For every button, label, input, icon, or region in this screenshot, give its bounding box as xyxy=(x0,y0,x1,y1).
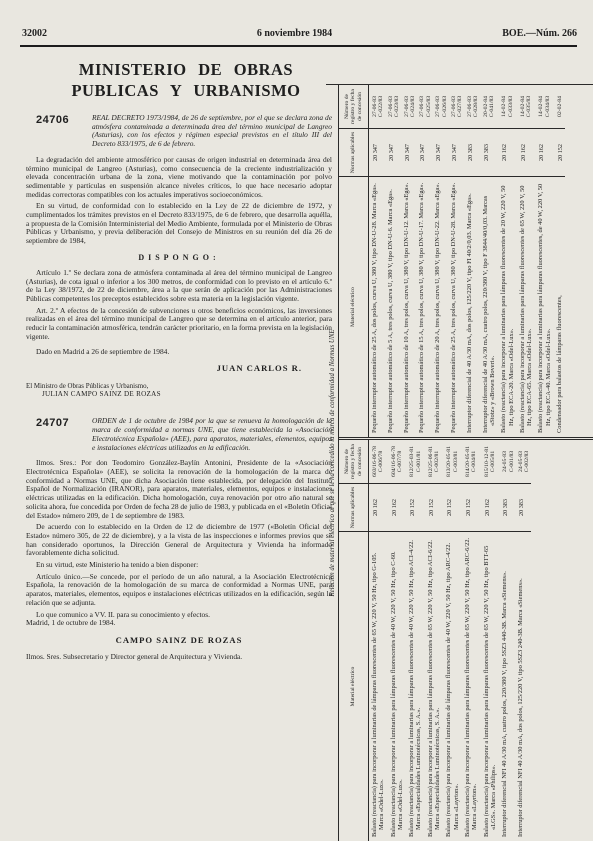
material-cell: Pequeño interruptor automático de 20 A, … xyxy=(432,177,448,437)
article-24707: 24707 ORDEN de 1 de octubre de 1984 por … xyxy=(26,417,332,661)
norma-cell: 20 347 xyxy=(416,129,432,177)
norma-cell: 20 162 xyxy=(388,484,407,532)
article-title: REAL DECRETO 1973/1984, de 26 de septiem… xyxy=(92,114,332,149)
table-row: Interruptor diferencial NFI 40 A/30 mA, … xyxy=(499,440,515,841)
table-caption: Relación de material eléctrico al que se… xyxy=(326,85,339,841)
material-cell: Pequeño interruptor automático de 5 A, t… xyxy=(385,177,401,437)
table-rows: Pequeño interruptor automático de 25 A, … xyxy=(369,85,565,437)
material-cell: Pequeño interruptor automático de 25 A, … xyxy=(369,177,385,437)
ministry-title: MINISTERIO DE OBRAS PUBLICAS Y URBANISMO xyxy=(38,59,334,101)
ministry-title-line2: PUBLICAS Y URBANISMO xyxy=(38,80,334,101)
table-row: Pequeño interruptor automático de 15 A, … xyxy=(416,85,432,437)
table-row: Balasto (reactancia) para incorporar a l… xyxy=(462,440,481,841)
norma-cell: 20 383 xyxy=(515,484,531,532)
addressee-line: Ilmos. Sres. Subsecretario y Director ge… xyxy=(26,653,332,662)
dispongo-heading: DISPONGO: xyxy=(26,253,332,262)
table-row: Interruptor diferencial de 40 A/30 mA, c… xyxy=(480,85,499,437)
paragraph: Ilmos. Sres.: Por don Teodomiro González… xyxy=(26,459,332,520)
material-cell: Condensador para balastos de lámparas fl… xyxy=(554,177,565,437)
table-row: Pequeño interruptor automático de 25 A, … xyxy=(448,85,464,437)
norma-cell: 20 152 xyxy=(425,484,444,532)
registro-cell: 815/10-12-81 C-005/81 xyxy=(481,440,500,484)
article-number: 24706 xyxy=(26,114,92,149)
norma-cell: 20 152 xyxy=(443,484,462,532)
paragraph: La degradación del ambiente atmosférico … xyxy=(26,156,332,200)
registro-number: 02-02-84 xyxy=(557,85,563,128)
registro-cell: 27-06-83 C-028/83 xyxy=(464,85,480,129)
table-row: Pequeño interruptor automático de 5 A, t… xyxy=(385,85,401,437)
paragraph: Art. 2.º A efectos de la concesión de su… xyxy=(26,307,332,342)
norma-cell: 20 152 xyxy=(462,484,481,532)
registro-number: 812/25-03-81 xyxy=(409,440,415,483)
royal-signature: JUAN CARLOS R. xyxy=(26,363,332,373)
registro-cell: 14-02-84 C-035/83 xyxy=(517,85,536,129)
norma-cell: 20 162 xyxy=(481,484,500,532)
norma-cell: 20 162 xyxy=(369,484,388,532)
registro-code: C-041/83 xyxy=(489,85,495,128)
registro-cell: 20-02-84 C-041/83 xyxy=(480,85,499,129)
signature: CAMPO SAINZ DE ROZAS xyxy=(26,635,332,645)
material-cell: Balasto (reactancia) para incorporar a l… xyxy=(481,532,500,841)
article-title: ORDEN de 1 de octubre de 1984 por la que… xyxy=(92,417,332,452)
masthead-rule xyxy=(20,45,577,47)
registro-cell: 604/16-06-78 C-007/78 xyxy=(388,440,407,484)
registro-cell: 14-02-84 C-034/83 xyxy=(535,85,554,129)
norma-cell: 20 162 xyxy=(498,129,517,177)
paragraph: Artículo único.—Se concede, por el perío… xyxy=(26,573,332,608)
registro-cell: 813/20-05-81 C-003/81 xyxy=(443,440,462,484)
material-cell: Balasto (reactancia) para incorporar a l… xyxy=(535,177,554,437)
material-cell: Balasto (reactancia) para incorporar a l… xyxy=(425,532,444,841)
norma-cell: 20 162 xyxy=(535,129,554,177)
header-material: Material eléctrico xyxy=(339,177,368,437)
registro-code: C-005/81 xyxy=(490,440,496,483)
header-normas: Normas aplicables xyxy=(339,484,368,532)
article-24706: 24706 REAL DECRETO 1973/1984, de 26 de s… xyxy=(26,114,332,398)
table-row: Balasto (reactancia) para incorporar a l… xyxy=(388,440,407,841)
masthead-date: 6 noviembre 1984 xyxy=(142,28,447,39)
minister-line: El Ministro de Obras Públicas y Urbanism… xyxy=(26,383,332,390)
material-cell: Balasto (reactancia) para incorporar a l… xyxy=(406,532,425,841)
registro-cell: 27-06-83 C-027/83 xyxy=(448,85,464,129)
registro-cell: 812/25-06-81 C-002/81 xyxy=(425,440,444,484)
article-column: 24706 REAL DECRETO 1973/1984, de 26 de s… xyxy=(26,114,332,665)
material-cell: Balasto (reactancia) para incorporar a l… xyxy=(517,177,536,437)
registro-cell: 814/20-05-81 C-004/81 xyxy=(462,440,481,484)
header-registro: Número de registro y fecha de concesión xyxy=(339,85,368,129)
norma-cell: 20 347 xyxy=(448,129,464,177)
paragraph: En su virtud, de conformidad con lo esta… xyxy=(26,202,332,246)
masthead: 32002 6 noviembre 1984 BOE.—Núm. 266 xyxy=(22,28,577,39)
material-cell: Balasto (reactancia) para incorporar a l… xyxy=(498,177,517,437)
table-rows: Balasto (reactancia) para incorporar a l… xyxy=(369,440,531,841)
norma-cell: 20 347 xyxy=(401,129,417,177)
table-row: Balasto (reactancia) para incorporar a l… xyxy=(406,440,425,841)
table-row: Pequeño interruptor automático de 25 A, … xyxy=(369,85,385,437)
page-number: 32002 xyxy=(22,28,142,39)
registro-cell: 812/25-03-81 C-001/81 xyxy=(406,440,425,484)
norma-cell: 20 152 xyxy=(554,129,565,177)
table-row: Pequeño interruptor automático de 10 A, … xyxy=(401,85,417,437)
registro-cell: 24-05-83 C-001/83 xyxy=(499,440,515,484)
material-cell: Balasto (reactancia) para incorporar a l… xyxy=(443,532,462,841)
registro-cell: 14-02-84 C-033/83 xyxy=(498,85,517,129)
table-row: Balasto (reactancia) para incorporar a l… xyxy=(425,440,444,841)
registro-code: C-034/83 xyxy=(545,85,551,128)
registro-code: C-006/78 xyxy=(378,440,384,483)
table-row: Balasto (reactancia) para incorporar a l… xyxy=(535,85,554,437)
article-number: 24707 xyxy=(26,417,92,452)
table-row: Pequeño interruptor automático de 20 A, … xyxy=(432,85,448,437)
ministry-title-line1: MINISTERIO DE OBRAS xyxy=(38,59,334,80)
material-cell: Interruptor diferencial NFI 40 A/30 mA, … xyxy=(499,532,515,841)
registro-code: C-003/81 xyxy=(453,440,459,483)
norma-cell: 20 347 xyxy=(369,129,385,177)
norma-cell: 20 383 xyxy=(499,484,515,532)
material-cell: Pequeño interruptor automático de 25 A, … xyxy=(448,177,464,437)
registro-cell: 27-06-83 C-026/83 xyxy=(432,85,448,129)
norma-cell: 20 347 xyxy=(432,129,448,177)
material-cell: Balasto (reactancia) para incorporar a l… xyxy=(369,532,388,841)
table-row: Balasto (reactancia) para incorporar a l… xyxy=(369,440,388,841)
registro-code: C-001/81 xyxy=(416,440,422,483)
paragraph: Artículo 1.º Se declara zona de atmósfer… xyxy=(26,269,332,304)
table-block-continued: Material eléctrico Normas aplicables Núm… xyxy=(339,437,593,841)
header-material: Material eléctrico xyxy=(339,532,368,841)
minister-name: JULIAN CAMPO SAINZ DE ROZAS xyxy=(26,390,332,398)
date-line: Dado en Madrid a 26 de septiembre de 198… xyxy=(26,347,332,356)
registro-cell: 27-06-83 C-024/83 xyxy=(401,85,417,129)
norma-cell: 20 347 xyxy=(385,129,401,177)
rotated-annex-table: Relación de material eléctrico al que se… xyxy=(326,84,593,841)
registro-cell: 27-06-83 C-025/83 xyxy=(416,85,432,129)
table-header-row: Material eléctrico Normas aplicables Núm… xyxy=(339,85,369,437)
table-row: Interruptor diferencial NFI 40 A/30 mA, … xyxy=(515,440,531,841)
registro-code: C-002/83 xyxy=(524,440,530,483)
material-cell: Interruptor diferencial de 40 A/30 mA, c… xyxy=(480,177,499,437)
norma-cell: 20 383 xyxy=(480,129,499,177)
registro-cell: 24-05-83 C-002/83 xyxy=(515,440,531,484)
header-normas: Normas aplicables xyxy=(339,129,368,177)
norma-cell: 20 162 xyxy=(517,129,536,177)
registro-cell: 27-06-83 C-022/83 xyxy=(369,85,385,129)
material-cell: Pequeño interruptor automático de 10 A, … xyxy=(401,177,417,437)
masthead-issue: BOE.—Núm. 266 xyxy=(447,28,577,39)
table-header-row: Material eléctrico Normas aplicables Núm… xyxy=(339,440,369,841)
table-row: Balasto (reactancia) para incorporar a l… xyxy=(443,440,462,841)
registro-cell: 02-02-84 xyxy=(554,85,565,129)
registro-code: C-004/81 xyxy=(471,440,477,483)
norma-cell: 20 383 xyxy=(464,129,480,177)
paragraph: En su virtud, este Ministerio ha tenido … xyxy=(26,561,332,570)
table-block-first: Material eléctrico Normas aplicables Núm… xyxy=(339,85,593,437)
material-cell: Pequeño interruptor automático de 15 A, … xyxy=(416,177,432,437)
header-registro: Número de registro y fecha de concesión xyxy=(339,440,368,484)
date-line: Madrid, 1 de octubre de 1984. xyxy=(26,619,332,628)
table-row: Balasto (reactancia) para incorporar a l… xyxy=(517,85,536,437)
table-row: Balasto (reactancia) para incorporar a l… xyxy=(498,85,517,437)
registro-cell: 603/16-06-78 C-006/78 xyxy=(369,440,388,484)
material-cell: Interruptor diferencial NFI 40 A/30 mA, … xyxy=(515,532,531,841)
registro-cell: 27-06-83 C-023/83 xyxy=(385,85,401,129)
registro-number: 813/20-05-81 xyxy=(446,440,452,483)
table-row: Condensador para balastos de lámparas fl… xyxy=(554,85,565,437)
material-cell: Balasto (reactancia) para incorporar a l… xyxy=(388,532,407,841)
material-cell: Interruptor diferencial de 40 A/30 mA, d… xyxy=(464,177,480,437)
paragraph: De acuerdo con lo establecido en la Orde… xyxy=(26,523,332,558)
material-cell: Balasto (reactancia) para incorporar a l… xyxy=(462,532,481,841)
norma-cell: 20 152 xyxy=(406,484,425,532)
table-row: Interruptor diferencial de 40 A/30 mA, d… xyxy=(464,85,480,437)
registro-code: C-033/83 xyxy=(508,85,514,128)
table-row: Balasto (reactancia) para incorporar a l… xyxy=(481,440,500,841)
registro-code: C-035/83 xyxy=(526,85,532,128)
registro-code: C-002/81 xyxy=(434,440,440,483)
registro-code: C-007/78 xyxy=(397,440,403,483)
